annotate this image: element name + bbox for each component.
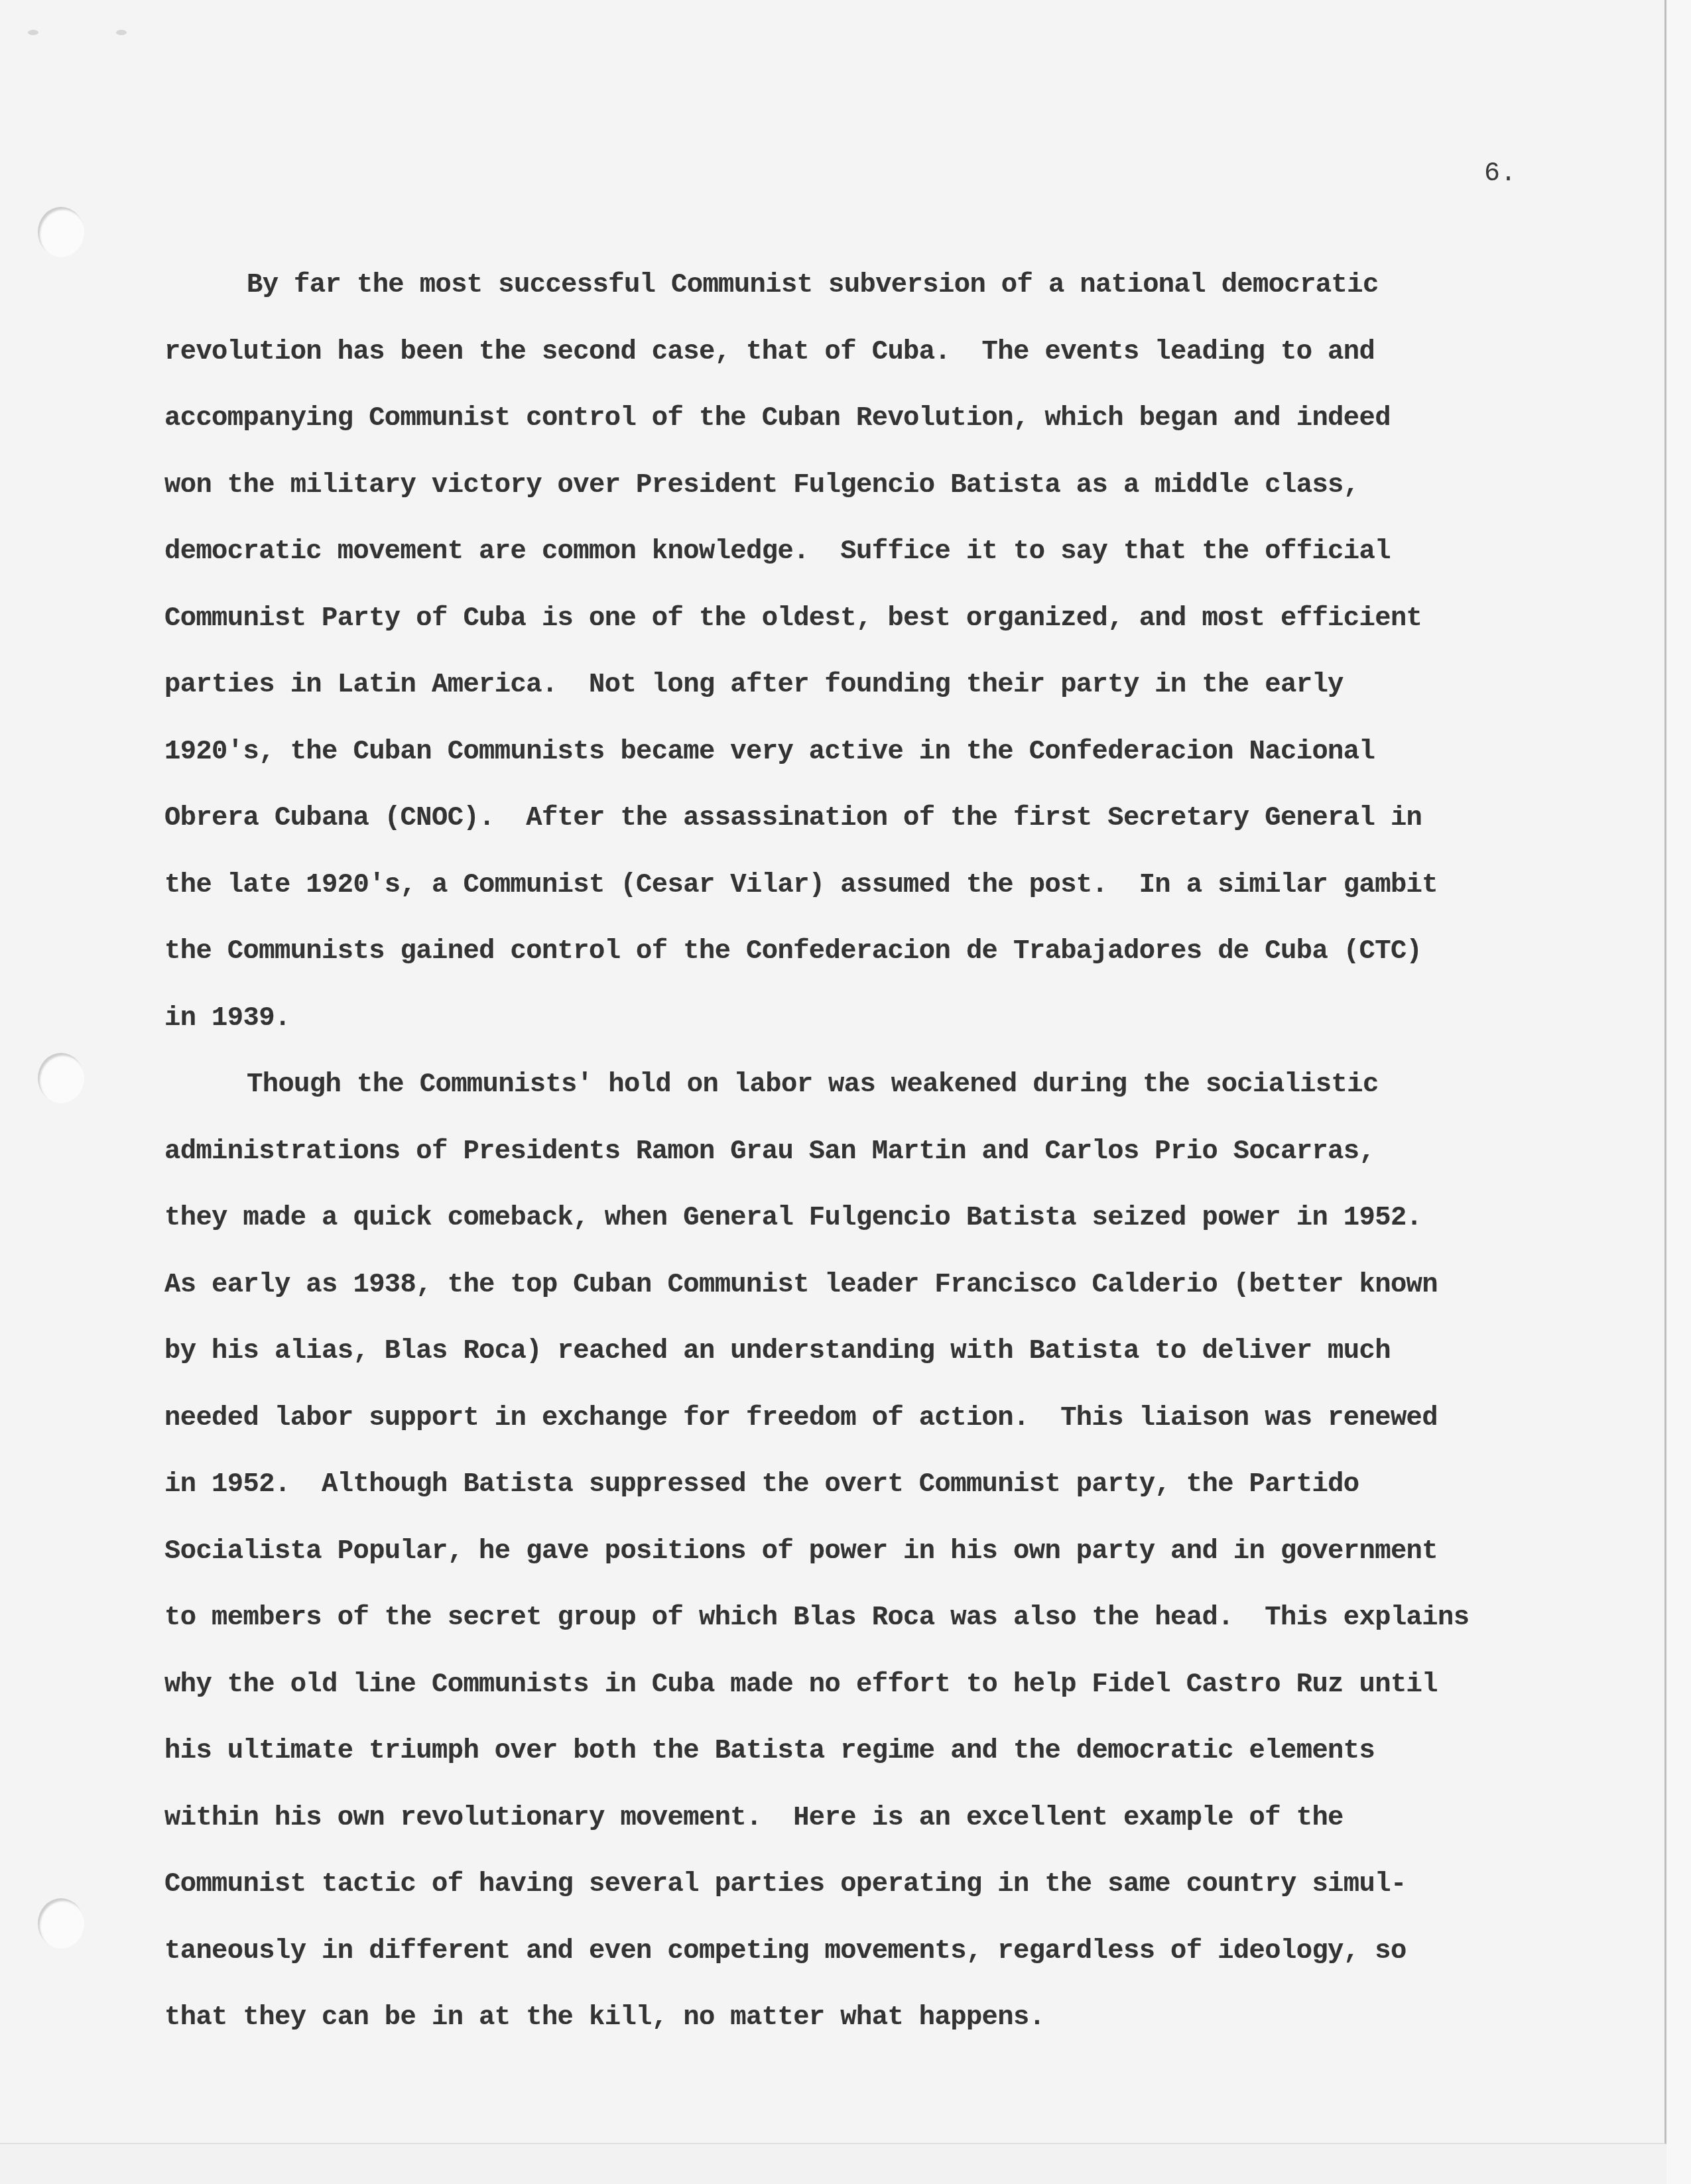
document-body: By far the most successful Communist sub… [164,252,1557,2051]
text-line: why the old line Communists in Cuba made… [164,1652,1557,1719]
text-line: that they can be in at the kill, no matt… [164,1984,1557,2051]
text-line: 1920's, the Cuban Communists became very… [164,719,1557,786]
staple-mark-right [116,30,127,35]
text-line: by his alias, Blas Roca) reached an unde… [164,1318,1557,1385]
text-line: Communist Party of Cuba is one of the ol… [164,585,1557,652]
text-line: Communist tactic of having several parti… [164,1851,1557,1918]
text-line: in 1952. Although Batista suppressed the… [164,1451,1557,1518]
text-line: in 1939. [164,985,1557,1052]
text-line: Though the Communists' hold on labor was… [164,1052,1557,1119]
punch-hole-middle [38,1053,84,1103]
text-line: Obrera Cubana (CNOC). After the assassin… [164,785,1557,852]
text-line: won the military victory over President … [164,452,1557,519]
text-line: to members of the secret group of which … [164,1585,1557,1652]
text-line: Socialista Popular, he gave positions of… [164,1518,1557,1585]
punch-hole-top [38,207,84,257]
text-line: As early as 1938, the top Cuban Communis… [164,1252,1557,1319]
text-line: within his own revolutionary movement. H… [164,1785,1557,1852]
text-line: taneously in different and even competin… [164,1918,1557,1985]
text-line: they made a quick comeback, when General… [164,1185,1557,1252]
staple-mark-left [28,30,38,35]
text-line: By far the most successful Communist sub… [164,252,1557,319]
punch-hole-bottom [38,1898,84,1949]
paragraph-1: By far the most successful Communist sub… [164,252,1557,1052]
scan-edge-strip [1666,0,1691,2184]
text-line: his ultimate triumph over both the Batis… [164,1718,1557,1785]
text-line: democratic movement are common knowledge… [164,518,1557,585]
text-line: administrations of Presidents Ramon Grau… [164,1119,1557,1185]
paragraph-2: Though the Communists' hold on labor was… [164,1052,1557,2051]
text-line: the Communists gained control of the Con… [164,918,1557,985]
document-page: 6. By far the most successful Communist … [0,0,1666,2144]
text-line: accompanying Communist control of the Cu… [164,385,1557,452]
page-number: 6. [1484,159,1517,189]
text-line: parties in Latin America. Not long after… [164,652,1557,719]
text-line: needed labor support in exchange for fre… [164,1385,1557,1452]
text-line: the late 1920's, a Communist (Cesar Vila… [164,852,1557,919]
text-line: revolution has been the second case, tha… [164,319,1557,386]
